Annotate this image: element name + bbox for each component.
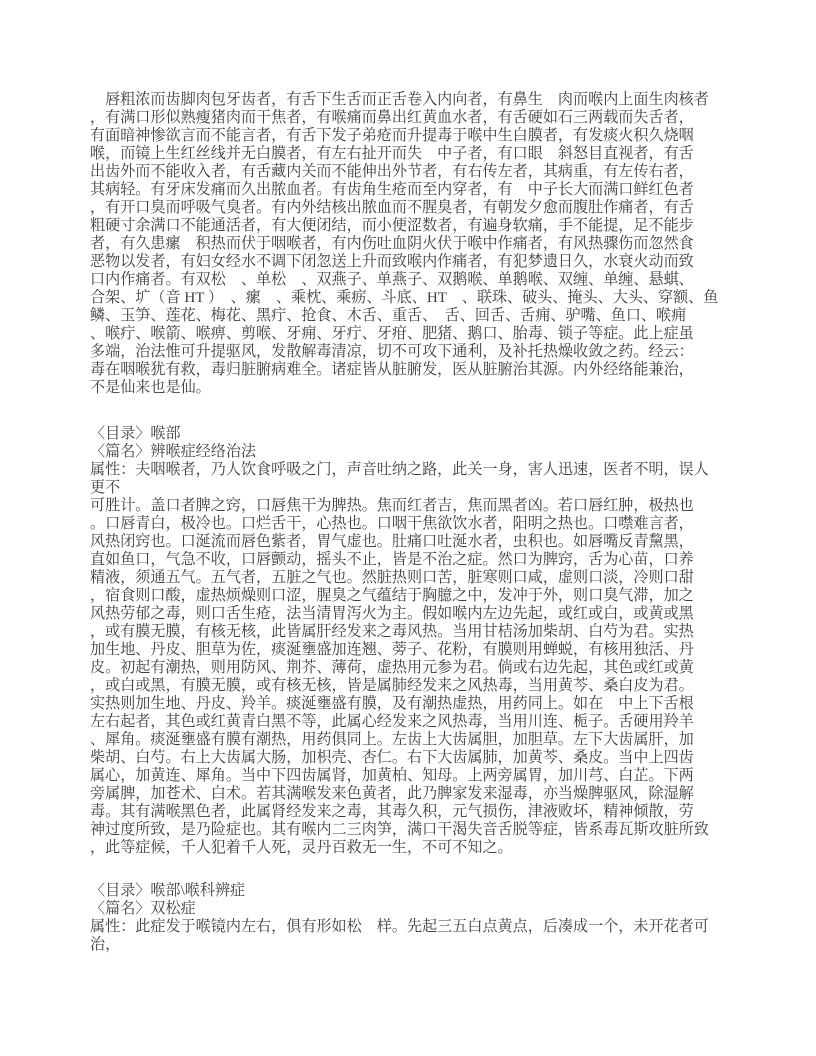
section-meridian-treatment: 〈目录〉喉部 〈篇名〉辨喉症经络治法 属性：夫咽喉者，乃人饮食呼吸之门，声音吐纳… [90, 425, 770, 857]
text-line: 毒在咽喉犹有救，毒归脏腑病难全。诸症皆从脏腑发，医从脏腑治其源。内外经络能兼治， [90, 361, 770, 379]
page-content: 唇粗浓而齿脚肉包牙齿者，有舌下生舌而正舌卷入内向者，有鼻生 肉而喉内上面生肉核者… [90, 91, 770, 954]
section-body: 属性：夫咽喉者，乃人饮食呼吸之门，声音吐纳之路，此关一身，害人迅速，医者不明，误… [90, 461, 770, 857]
text-line: 。口唇青白，极冷也。口烂舌干，心热也。口咽干焦欲饮水者，阳明之热也。口噤难言者， [90, 515, 770, 533]
text-line: ，有开口臭而呼吸气臭者。有内外结核出脓血而不腥臭者，有朝发夕愈而腹肚作痛者，有舌 [90, 199, 770, 217]
text-line: 粗硬寸余满口不能通活者，有大便闭结，而小便涩数者，有遍身软痛，手不能提，足不能步 [90, 217, 770, 235]
text-line: 有面暗神惨欲言而不能言者，有舌下发子弟疮而升提毒于喉中生白膜者，有发痰火积久烧咽 [90, 127, 770, 145]
text-line: 恶物以发者，有妇女经水不调下闭忽送上升而致喉内作痛者，有犯梦遗日久，水衰火动而致 [90, 253, 770, 271]
text-line: 属心，加黄连、犀角。当中下四齿属肾，加黄柏、知母。上两旁属胃，加川芎、白芷。下两 [90, 767, 770, 785]
text-line: ，或白或黑，有膜无膜，或有核无核，皆是属肺经发来之风热毒，当用黄芩、桑白皮为君。 [90, 677, 770, 695]
text-line: ，或有膜无膜，有核无核，此皆属肝经发来之毒风热。当用甘桔汤加柴胡、白芍为君。实热 [90, 623, 770, 641]
text-line: 合架、圹（音 HT ） 、瘰 、乘枕、乘疬、斗底、HT 、联珠、破头、掩头、大头… [90, 289, 770, 307]
section-double-pine: 〈目录〉喉部\喉科辨症 〈篇名〉双松症 属性：此症发于喉镜内左右，俱有形如松 样… [90, 882, 770, 954]
intro-paragraph: 唇粗浓而齿脚肉包牙齿者，有舌下生舌而正舌卷入内向者，有鼻生 肉而喉内上面生肉核者… [90, 91, 770, 397]
chapter-title: 〈篇名〉双松症 [90, 900, 770, 918]
text-line: 出齿外而不能收入者，有舌藏内关而不能伸出外节者，有右传左者，其病重，有左传右者， [90, 163, 770, 181]
text-line: ，有满口形似熟瘦猪肉而干焦者，有喉痛而鼻出红黄血水者，有舌硬如石三两载而失舌者， [90, 109, 770, 127]
text-line: 属性：夫咽喉者，乃人饮食呼吸之门，声音吐纳之路，此关一身，害人迅速，医者不明，误… [90, 461, 770, 479]
text-line: 精液，须通五气。五气者，五脏之气也。然脏热则口苦，脏寒则口咸，虚则口淡，冷则口甜 [90, 569, 770, 587]
text-line: 风热闭窍也。口涎流而唇色紫者，胃气虚也。肚痛口吐涎水者，虫积也。如唇嘴反青黧黑， [90, 533, 770, 551]
text-line: 属性：此症发于喉镜内左右，俱有形如松 样。先起三五白点黄点，后凑成一个，未开花者… [90, 918, 770, 936]
text-line: 者，有久患瘰 积热而伏于咽喉者，有内伤吐血阴火伏于喉中作痛者，有风热骤伤而忽然食 [90, 235, 770, 253]
text-line: 、喉疔、喉箭、喉痹、剪喉、牙痈、牙疔、牙疳、肥猪、鹅口、胎毒、锁子等症。此上症虽 [90, 325, 770, 343]
text-line: 鳞、玉笋、莲花、梅花、黑疔、抢食、木舌、重舌、 舌、回舌、舌痈、驴嘴、鱼口、喉痈 [90, 307, 770, 325]
text-line: 可胜计。盖口者脾之窍，口唇焦干为脾热。焦而红者吉，焦而黑者凶。若口唇红肿，极热也 [90, 497, 770, 515]
text-line: 柴胡、白芍。右上大齿属大肠，加枳壳、杏仁。右下大齿属肺，加黄芩、桑皮。当中上四齿 [90, 749, 770, 767]
text-line: ，此等症候，千人犯着千人死，灵丹百救无一生，不可不知之。 [90, 839, 770, 857]
text-line: 不是仙来也是仙。 [90, 379, 770, 397]
section-body: 属性：此症发于喉镜内左右，俱有形如松 样。先起三五白点黄点，后凑成一个，未开花者… [90, 918, 770, 954]
text-line: 口内作痛者。有双松 、单松 、双燕子、单燕子、双鹅喉、单鹅喉、双缠、单缠、悬蜞、 [90, 271, 770, 289]
text-line: 左右起者，其色或红黄青白黑不等，此属心经发来之风热毒，当用川连、栀子。舌硬用羚羊 [90, 713, 770, 731]
text-line: 直如鱼口，气急不收，口唇颤动，摇头不止，皆是不治之症。然口为脾窍，舌为心苗，口养 [90, 551, 770, 569]
text-line: 唇粗浓而齿脚肉包牙齿者，有舌下生舌而正舌卷入内向者，有鼻生 肉而喉内上面生肉核者 [90, 91, 770, 109]
text-line: 其病轻。有牙床发痛而久出脓血者。有齿角生疮而至内穿者，有 中子长大而满口鲜红色者 [90, 181, 770, 199]
text-line: 皮。初起有潮热，则用防风、荆芥、薄荷，虚热用元参为君。倘或右边先起，其色或红或黄 [90, 659, 770, 677]
text-line: 毒。其有满喉黑色者，此属肾经发来之毒，其毒久积，元气损伤，津液败坏，精神倾散，劳 [90, 803, 770, 821]
text-line: 、犀角。痰涎壅盛有膜有潮热，用药俱同上。左齿上大齿属胆，加胆草。左下大齿属肝，加 [90, 731, 770, 749]
catalog-heading: 〈目录〉喉部\喉科辨症 [90, 882, 770, 900]
text-line: 加生地、丹皮、胆草为佐，痰涎壅盛加连翘、蒡子、花粉，有膜则用蝉蜕，有核用独活、丹 [90, 641, 770, 659]
text-line: 更不 [90, 479, 770, 497]
text-line: 多端，治法惟可升提驱风，发散解毒清凉，切不可攻下通利，及补托热燥收敛之药。经云： [90, 343, 770, 361]
text-line: 神过度所致，是乃险症也。其有喉内二三肉笋，满口干渴失音舌脱等症，皆系毒瓦斯攻脏所… [90, 821, 770, 839]
text-line: 实热则加生地、丹皮、羚羊。痰涎壅盛有膜，及有潮热虚热，用药同上。如在 中上下舌根 [90, 695, 770, 713]
catalog-heading: 〈目录〉喉部 [90, 425, 770, 443]
text-line: 治， [90, 936, 770, 954]
text-line: 风热劳郁之毒，则口舌生疮，法当清胃泻火为主。假如喉内左边先起，或红或白，或黄或黑 [90, 605, 770, 623]
text-line: 喉，而镜上生红丝线并无白膜者，有左右扯开而失 中子者，有口眼 斜怒目直视者，有舌 [90, 145, 770, 163]
document-page: 唇粗浓而齿脚肉包牙齿者，有舌下生舌而正舌卷入内向者，有鼻生 肉而喉内上面生肉核者… [0, 0, 816, 1056]
text-line: ，宿食则口酸，虚热烦燥则口涩，腥臭之气蕴结于胸臆之中，发冲于外，则口臭气滞，加之 [90, 587, 770, 605]
chapter-title: 〈篇名〉辨喉症经络治法 [90, 443, 770, 461]
text-line: 旁属脾，加苍术、白术。若其满喉发来色黄者，此乃脾家发来湿毒，亦当燥脾驱风，除湿解 [90, 785, 770, 803]
